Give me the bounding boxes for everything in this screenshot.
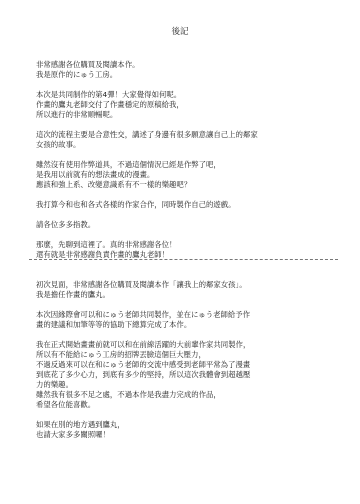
text-line: 我在正式開始畫畫前就可以和在前線活躍的大前輩作家共同製作， [36,340,336,350]
text-line: 力的樂趣。 [36,380,336,390]
text-line: 我打算今和也和各式各樣的作家合作，同時製作自己的遊戲。 [36,200,336,210]
text-line: 雖然我有很多不足之處，不過本作是我盡力完成的作品， [36,390,336,400]
paragraph: 非常感謝各位購買及閱讀本作。 我是原作的にゅう工房。 [36,60,336,80]
paragraph: 本次因緣際會可以和にゅう老師共同製作，並在にゅう老師給予作 畫的建議和加筆等等的… [36,310,336,330]
paragraph: 這次的流程主要是合意性交，講述了身邊有很多願意讓自己上的鄰家 女孩的故事。 [36,130,336,150]
paragraph: 初次見面，非常感謝各位購買及閱讀本作「讓我上的鄰家女孩」。 我是擔任作畫的鷹丸。 [36,280,336,300]
text-line: 是我用以前就有的想法畫成的漫畫。 [36,170,336,180]
paragraph: 雖然沒有使用作弊道具，不過這個情況已經是作弊了吧， 是我用以前就有的想法畫成的漫… [36,160,336,190]
paragraph: 我打算今和也和各式各樣的作家合作，同時製作自己的遊戲。 [36,200,336,210]
text-line: 不過反過來可以在和にゅう老師的交流中感受到老師平常為了漫畫 [36,360,336,370]
text-line: 我是原作的にゅう工房。 [36,70,336,80]
text-line: 那麼，先聊到這裡了。真的非常感謝各位！ [36,240,336,250]
author-note-original: 非常感謝各位購買及閱讀本作。 我是原作的にゅう工房。 本次是共同制作的第4彈！大… [36,60,336,270]
text-line: 非常感謝各位購買及閱讀本作。 [36,60,336,70]
text-line: 這次的流程主要是合意性交，講述了身邊有很多願意讓自己上的鄰家 [36,130,336,140]
text-line: 如果在別的地方遇到鷹丸， [36,420,336,430]
page-title: 後記 [0,26,360,38]
author-note-artist: 初次見面，非常感謝各位購買及閱讀本作「讓我上的鄰家女孩」。 我是擔任作畫的鷹丸。… [36,280,336,450]
text-line: 所以進行的非常順暢呢。 [36,110,336,120]
text-line: 女孩的故事。 [36,140,336,150]
text-line: 本次因緣際會可以和にゅう老師共同製作，並在にゅう老師給予作 [36,310,336,320]
text-line: 請各位多多指教。 [36,220,336,230]
text-line: 希望各位能喜歡。 [36,400,336,410]
text-line: 作畫的鷹丸老師交付了作畫穩定的原稿給我， [36,100,336,110]
dashed-divider [29,259,338,260]
text-line: 雖然沒有使用作弊道具，不過這個情況已經是作弊了吧， [36,160,336,170]
text-line: 應該和強上系、改變意識系有不一樣的樂趣吧？ [36,180,336,190]
text-line: 到底花了多少心力，到底有多少的堅持，所以這次我體會到超越壓 [36,370,336,380]
paragraph: 本次是共同制作的第4彈！大家覺得如何呢。 作畫的鷹丸老師交付了作畫穩定的原稿給我… [36,90,336,120]
text-line: 本次是共同制作的第4彈！大家覺得如何呢。 [36,90,336,100]
paragraph: 那麼，先聊到這裡了。真的非常感謝各位！ 還有就是非常感謝負責作畫的鷹丸老師！ [36,240,336,260]
paragraph: 我在正式開始畫畫前就可以和在前線活躍的大前輩作家共同製作， 所以有不能給にゅう工… [36,340,336,410]
paragraph: 請各位多多指教。 [36,220,336,230]
paragraph: 如果在別的地方遇到鷹丸， 也請大家多多關照囉！ [36,420,336,440]
text-line: 也請大家多多關照囉！ [36,430,336,440]
text-line: 初次見面，非常感謝各位購買及閱讀本作「讓我上的鄰家女孩」。 [36,280,336,290]
text-line: 我是擔任作畫的鷹丸。 [36,290,336,300]
text-line: 所以有不能給にゅう工房的招牌丟臉這個巨大壓力， [36,350,336,360]
text-line: 畫的建議和加筆等等的協助下總算完成了本作。 [36,320,336,330]
